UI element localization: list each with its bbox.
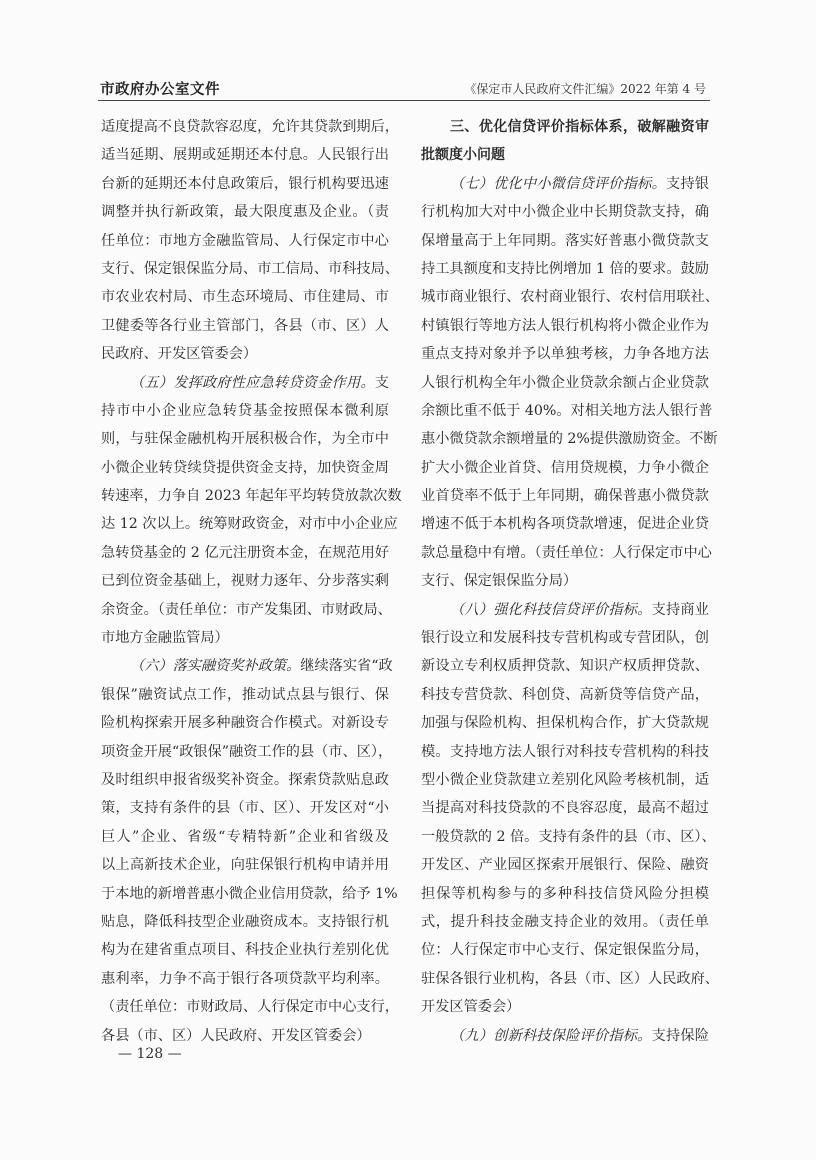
text-line: 急转贷基金的 2 亿元注册资本金，在规范用好 xyxy=(101,539,389,567)
text-line: 小微企业转贷续贷提供资金支持，加快资金周 xyxy=(101,454,389,482)
text-line: 策，支持有条件的县（市、区）、开发区对“小 xyxy=(101,794,389,822)
text-line: 构为在建省重点项目、科技企业执行差别化优 xyxy=(101,936,389,964)
item-9-first-line: （九）创新科技保险评价指标。支持保险 xyxy=(421,1022,709,1050)
header-divider xyxy=(98,100,710,101)
text-line: 卫健委等各行业主管部门，各县（市、区）人 xyxy=(101,312,389,340)
text-line: 台新的延期还本付息政策后，银行机构要迅速 xyxy=(101,170,389,198)
text-line: 于本地的新增普惠小微企业信用贷款，给予 1% xyxy=(101,880,389,908)
text-line: 型小微企业贷款建立差别化风险考核机制，适 xyxy=(421,766,709,794)
text-line: 市地方金融监管局） xyxy=(101,624,389,652)
text-line: （责任单位：市财政局、人行保定市中心支行， xyxy=(101,993,389,1021)
text-line: 模。支持地方法人银行对科技专营机构的科技 xyxy=(421,738,709,766)
text-line: 村镇银行等地方法人银行机构将小微企业作为 xyxy=(421,312,709,340)
text-line: 已到位资金基础上，视财力逐年、分步落实剩 xyxy=(101,567,389,595)
text-line: 贴息，降低科技型企业融资成本。支持银行机 xyxy=(101,908,389,936)
item-8-heading: （八）强化科技信贷评价指标。 xyxy=(450,602,652,618)
text-line: 余额比重不低于 40%。对相关地方法人银行普 xyxy=(421,397,709,425)
text-line: 达 12 次以上。统筹财政资金，对市中小企业应 xyxy=(101,510,389,538)
item-6-heading: （六）落实融资奖补政策。 xyxy=(130,658,300,674)
item-5-first-line: （五）发挥政府性应急转贷资金作用。支 xyxy=(101,369,389,397)
page-number: — 128 — xyxy=(118,1046,182,1062)
header-publication: 《保定市人民政府文件汇编》2022 年第 4 号 xyxy=(464,80,706,97)
text-line: 险机构探索开展多种融资合作模式。对新设专 xyxy=(101,709,389,737)
text-line: 调整并执行新政策，最大限度惠及企业。（责 xyxy=(101,198,389,226)
text-line: 巨人”企业、省级“专精特新”企业和省级及 xyxy=(101,823,389,851)
section-3-heading: 三、优化信贷评价指标体系，破解融资审 xyxy=(421,113,709,141)
item-6-first-line: （六）落实融资奖补政策。继续落实省“政 xyxy=(101,652,389,680)
item-7-first-line: （七）优化中小微信贷评价指标。支持银 xyxy=(421,170,709,198)
left-column: 适度提高不良贷款容忍度，允许其贷款到期后， 适当延期、展期或延期还本付息。人民银… xyxy=(101,113,389,1050)
text-line: 开发区管委会） xyxy=(421,993,709,1021)
text-line: 支行、保定银保监分局） xyxy=(421,567,709,595)
text-line: 余资金。（责任单位：市产发集团、市财政局、 xyxy=(101,596,389,624)
text-line: 式，提升科技金融支持企业的效用。（责任单 xyxy=(421,908,709,936)
text-line: 持市中小企业应急转贷基金按照保本微利原 xyxy=(101,397,389,425)
text-line: 新设立专利权质押贷款、知识产权质押贷款、 xyxy=(421,652,709,680)
text-line: 持工具额度和支持比例增加 1 倍的要求。鼓励 xyxy=(421,255,709,283)
text-line: 则，与驻保金融机构开展积极合作，为全市中 xyxy=(101,425,389,453)
text-line: 银保”融资试点工作，推动试点县与银行、保 xyxy=(101,681,389,709)
header-doc-type: 市政府办公室文件 xyxy=(100,78,220,99)
text-line: 市农业农村局、市生态环境局、市住建局、市 xyxy=(101,283,389,311)
text-line: 民政府、开发区管委会） xyxy=(101,340,389,368)
text-line: 行机构加大对中小微企业中长期贷款支持，确 xyxy=(421,198,709,226)
text-line: 驻保各银行业机构，各县（市、区）人民政府、 xyxy=(421,965,709,993)
text-line: 扩大小微企业首贷、信用贷规模，力争小微企 xyxy=(421,454,709,482)
text-line: 及时组织申报省级奖补资金。探索贷款贴息政 xyxy=(101,766,389,794)
text-line: 担保等机构参与的多种科技信贷风险分担模 xyxy=(421,880,709,908)
text-line: 支行、保定银保监分局、市工信局、市科技局、 xyxy=(101,255,389,283)
text-line: 适度提高不良贷款容忍度，允许其贷款到期后， xyxy=(101,113,389,141)
text-line: 惠小微贷款余额增量的 2%提供激励资金。不断 xyxy=(421,425,709,453)
section-3-heading-cont: 批额度小问题 xyxy=(421,141,709,169)
item-7-heading: （七）优化中小微信贷评价指标。 xyxy=(450,176,666,192)
text-line: 开发区、产业园区探索开展银行、保险、融资 xyxy=(421,851,709,879)
text-line: 一般贷款的 2 倍。支持有条件的县（市、区）、 xyxy=(421,823,709,851)
text-line: 科技专营贷款、科创贷、高新贷等信贷产品， xyxy=(421,681,709,709)
text-line: 业首贷率不低于上年同期，确保普惠小微贷款 xyxy=(421,482,709,510)
text-line: 项资金开展“政银保”融资工作的县（市、区）， xyxy=(101,738,389,766)
text-line: 银行设立和发展科技专营机构或专营团队，创 xyxy=(421,624,709,652)
text-line: 适当延期、展期或延期还本付息。人民银行出 xyxy=(101,141,389,169)
text-line: 重点支持对象并予以单独考核，力争各地方法 xyxy=(421,340,709,368)
text-line: 人银行机构全年小微企业贷款余额占企业贷款 xyxy=(421,369,709,397)
page-header: 市政府办公室文件 《保定市人民政府文件汇编》2022 年第 4 号 xyxy=(100,78,708,102)
text-line: 当提高对科技贷款的不良容忍度，最高不超过 xyxy=(421,794,709,822)
text-line: 位：人行保定市中心支行、保定银保监分局， xyxy=(421,936,709,964)
text-line: 转速率，力争自 2023 年起年平均转贷放款次数 xyxy=(101,482,389,510)
text-line: 惠利率，力争不高于银行各项贷款平均利率。 xyxy=(101,965,389,993)
text-line: 以上高新技术企业，向驻保银行机构申请并用 xyxy=(101,851,389,879)
item-9-heading: （九）创新科技保险评价指标。 xyxy=(450,1028,652,1044)
right-column: 三、优化信贷评价指标体系，破解融资审 批额度小问题 （七）优化中小微信贷评价指标… xyxy=(421,113,709,1050)
item-5-heading: （五）发挥政府性应急转贷资金作用。 xyxy=(130,375,375,391)
text-line: 增速不低于本机构各项贷款增速，促进企业贷 xyxy=(421,510,709,538)
text-line: 加强与保险机构、担保机构合作，扩大贷款规 xyxy=(421,709,709,737)
item-8-first-line: （八）强化科技信贷评价指标。支持商业 xyxy=(421,596,709,624)
text-line: 城市商业银行、农村商业银行、农村信用联社、 xyxy=(421,283,709,311)
text-line: 任单位：市地方金融监管局、人行保定市中心 xyxy=(101,227,389,255)
text-line: 保增量高于上年同期。落实好普惠小微贷款支 xyxy=(421,227,709,255)
text-line: 款总量稳中有增。（责任单位：人行保定市中心 xyxy=(421,539,709,567)
